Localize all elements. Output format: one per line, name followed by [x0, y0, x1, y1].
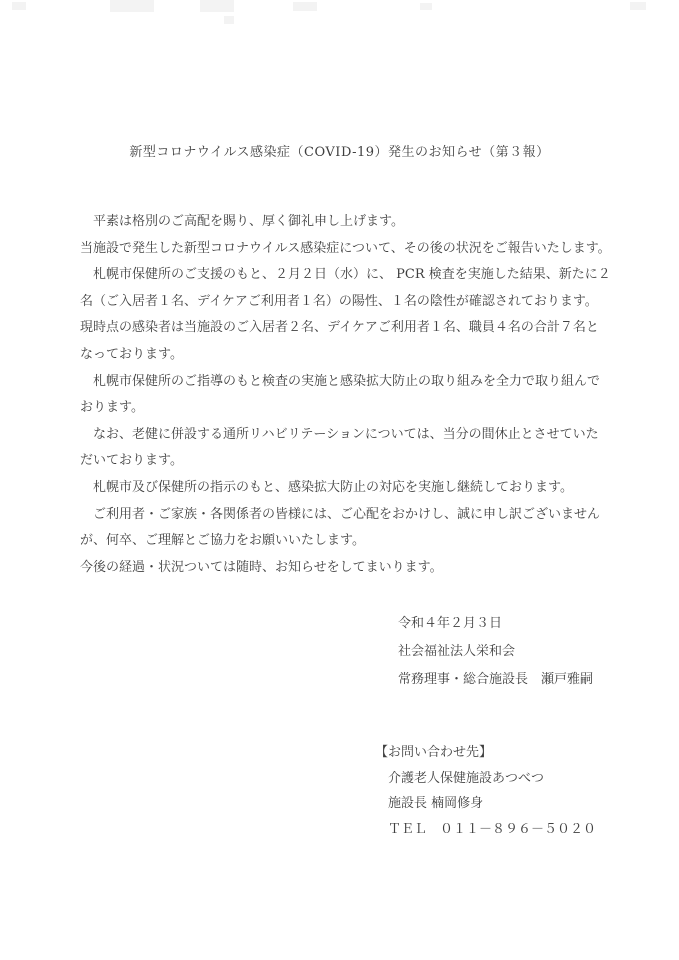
- document-body: 平素は格別のご高配を賜り、厚く御礼申し上げます。 当施設で発生した新型コロナウイ…: [80, 209, 625, 581]
- contact-facility: 介護老人保健施設あつべつ: [375, 766, 596, 792]
- signature-organization: 社会福祉法人栄和会: [398, 638, 593, 666]
- scan-artifact: [224, 16, 234, 24]
- scan-artifact: [110, 0, 154, 12]
- body-line: なっております。: [80, 342, 625, 369]
- signature-signer: 常務理事・総合施設長 瀬戸雅嗣: [398, 666, 593, 694]
- body-line: 札幌市及び保健所の指示のもと、感染拡大防止の対応を実施し継続しております。: [80, 475, 625, 502]
- scan-artifact: [630, 2, 646, 10]
- body-line: なお、老健に併設する通所リハビリテーションについては、当分の間休止とさせていた: [80, 422, 625, 449]
- document-title: 新型コロナウイルス感染症（COVID-19）発生のお知らせ（第３報）: [0, 141, 679, 160]
- body-line: 札幌市保健所のご支援のもと、２月２日（水）に、 PCR 検査を実施した結果、新た…: [80, 262, 625, 289]
- contact-director: 施設長 楠岡修身: [375, 791, 596, 817]
- document-page: 新型コロナウイルス感染症（COVID-19）発生のお知らせ（第３報） 平素は格別…: [0, 0, 679, 960]
- scan-artifact: [12, 2, 26, 10]
- scan-artifact: [293, 2, 317, 11]
- contact-block: 【お問い合わせ先】 介護老人保健施設あつべつ 施設長 楠岡修身 ＴＥＬ ０１１－…: [375, 740, 596, 842]
- body-line: 平素は格別のご高配を賜り、厚く御礼申し上げます。: [80, 209, 625, 236]
- scan-artifact: [420, 3, 432, 10]
- signature-date: 令和４年２月３日: [398, 610, 593, 638]
- body-line: 今後の経過・状況ついては随時、お知らせをしてまいります。: [80, 555, 625, 582]
- contact-tel: ＴＥＬ ０１１－８９６－５０２０: [375, 817, 596, 843]
- contact-heading: 【お問い合わせ先】: [375, 740, 596, 766]
- body-line: ご利用者・ご家族・各関係者の皆様には、ご心配をおかけし、誠に申し訳ございません: [80, 502, 625, 529]
- body-line: 札幌市保健所のご指導のもと検査の実施と感染拡大防止の取り組みを全力で取り組んで: [80, 369, 625, 396]
- scan-artifact: [200, 0, 234, 12]
- body-line: が、何卒、ご理解とご協力をお願いいたします。: [80, 528, 625, 555]
- body-line: 当施設で発生した新型コロナウイルス感染症について、その後の状況をご報告いたします…: [80, 236, 625, 263]
- body-line: だいております。: [80, 448, 625, 475]
- signature-block: 令和４年２月３日 社会福祉法人栄和会 常務理事・総合施設長 瀬戸雅嗣: [398, 610, 593, 694]
- body-line: 現時点の感染者は当施設のご入居者２名、デイケアご利用者１名、職員４名の合計７名と: [80, 315, 625, 342]
- body-line: 名（ご入居者１名、デイケアご利用者１名）の陽性、１名の陰性が確認されております。: [80, 289, 625, 316]
- body-line: おります。: [80, 395, 625, 422]
